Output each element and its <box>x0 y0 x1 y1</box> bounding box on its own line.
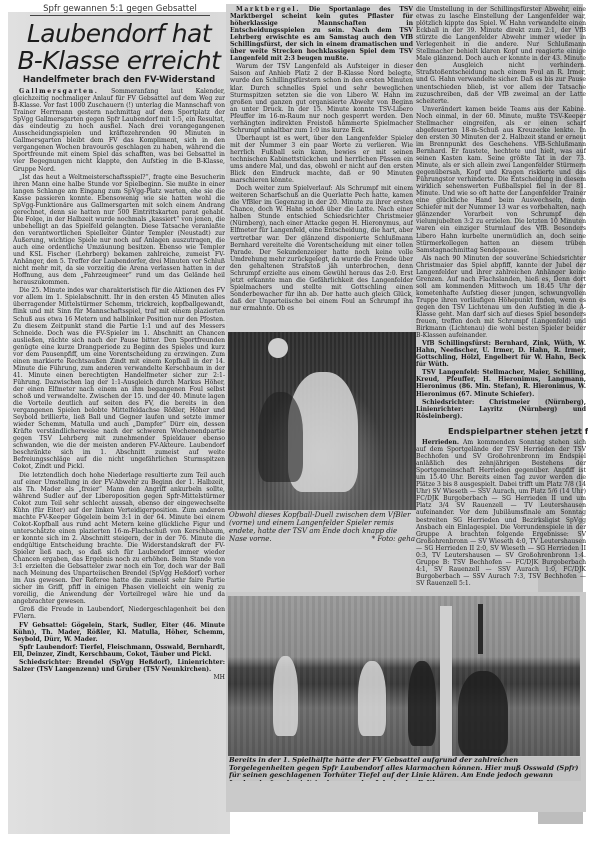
photo-credit: * Foto: geha <box>372 535 415 543</box>
player-figure <box>358 661 386 736</box>
dateline: Gallmersgarten. <box>19 88 98 95</box>
sidebar-paragraph: Herrieden. Am kommenden Sonntag stehen s… <box>416 439 586 587</box>
article-subheadline: Handelfmeter brach den FV-Widerstand <box>14 75 224 85</box>
player-figure <box>258 392 303 482</box>
body-paragraph: Doch weiter zum Spielverlauf: Als Schrum… <box>230 185 413 312</box>
photo-caption-2: Bereits in der 1. Spielhälfte hätte der … <box>229 757 581 781</box>
photo-goal-line-clearance <box>228 596 580 756</box>
lineup-laubendorf: Spfr Laubendorf: Tierfel, Fleischmann, O… <box>13 644 225 658</box>
body-paragraph: Als nach 90 Minuten der souveräne Schied… <box>416 255 586 340</box>
right-column: die Umstellung in der Schillingsfürster … <box>416 6 586 421</box>
chimney <box>478 604 483 654</box>
sidebar-story: Herrieden. Am kommenden Sonntag stehen s… <box>416 439 586 589</box>
player-figure <box>273 656 298 736</box>
dateline: Herrieden. <box>422 439 459 446</box>
lead-paragraph: Gallmersgarten. Sommeranfang laut Kalend… <box>13 88 225 173</box>
body-paragraph: Groß die Freude in Laubendorf, Niederges… <box>13 606 225 620</box>
sidebar-headline: Endspielpartner stehen jetzt fest <box>448 426 588 436</box>
football <box>268 338 288 358</box>
headline-line-2: B-Klasse erreicht <box>14 47 224 74</box>
referees: Schiedsrichter: Brendel (SpVgg Heßdorf),… <box>13 659 225 673</box>
headline-line-1: Laubendorf hat <box>14 20 224 47</box>
lineup-gebsattel: FV Gebsattel: Gögelein, Stark, Sudler, E… <box>13 622 225 643</box>
referees: Schiedsrichter: Christmeier (Nürnberg), … <box>416 399 586 420</box>
body-paragraph: Überhaupt ist es wert, über den Langenfe… <box>230 135 413 184</box>
goalkeeper-figure <box>458 671 508 756</box>
middle-column: Marktbergel. Die Sportanlage des TSV Mar… <box>230 6 413 328</box>
author-initials: MH <box>13 674 225 681</box>
left-column: Gallmersgarten. Sommeranfang laut Kalend… <box>13 88 225 778</box>
player-figure <box>408 661 436 746</box>
body-paragraph: Die 25. Minute indes war charakteristisc… <box>13 287 225 470</box>
goal-post <box>440 606 452 756</box>
body-paragraph: Unverändert kamen beide Teams aus der Ka… <box>416 106 586 254</box>
dateline: Marktbergel. <box>236 6 300 13</box>
photo-header-duel <box>228 332 416 510</box>
lineup-schillingsfuerst: VfB Schillingsfürst: Bernhard, Zink, Wüt… <box>416 340 586 368</box>
body-paragraph: die Umstellung in der Schillingsfürster … <box>416 6 586 105</box>
body-paragraph: „Ist das heut a Weltmeisterschaftsspiel?… <box>13 174 225 287</box>
lead-paragraph: Marktbergel. Die Sportanlage des TSV Mar… <box>230 6 413 62</box>
body-paragraph: Warum der TSV Langenfeld als Aufsteiger … <box>230 63 413 133</box>
article-kicker: Spfr gewannen 5:1 gegen Gebsattel <box>30 4 210 16</box>
photo-caption-1: Obwohl dieses Kopfball-Duell zwischen de… <box>229 511 415 549</box>
body-paragraph: Die letztendlich doch hohe Niederlage re… <box>13 472 225 606</box>
article-headline: Laubendorf hat B-Klasse erreicht <box>14 20 224 74</box>
lineup-langenfeld: TSV Langenfeld: Stellmacher, Maier, Schi… <box>416 369 586 397</box>
